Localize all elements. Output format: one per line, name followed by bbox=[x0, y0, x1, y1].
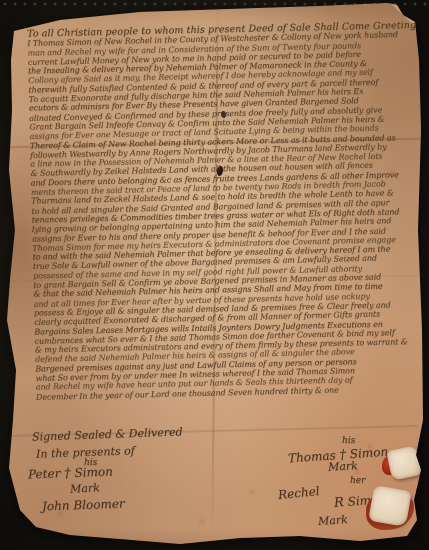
paper-wafer bbox=[368, 485, 412, 527]
witness-first-name: Peter bbox=[28, 466, 61, 481]
deed-body-text: To all Christian people to whom this pre… bbox=[27, 21, 420, 402]
paper-wafer bbox=[386, 445, 422, 481]
wax-seal-upper bbox=[382, 448, 420, 482]
age-stains bbox=[0, 0, 4, 4]
witness-last-name: Simon bbox=[74, 465, 113, 480]
photo-background: To all Christian people to whom this pre… bbox=[0, 0, 429, 550]
signer-mark-label: Mark bbox=[328, 459, 358, 474]
attestation-line: Signed Sealed & Delivered bbox=[32, 425, 183, 443]
signer-mark-label-her: her bbox=[350, 476, 365, 486]
witness-signature-peter-simon: Peter † Simon bbox=[28, 465, 113, 483]
deed-paper: To all Christian people to whom this pre… bbox=[0, 0, 429, 550]
witness-mark-label: Mark bbox=[70, 481, 100, 496]
witness-mark-glyph: † bbox=[64, 466, 71, 481]
signer-mark-label-his: his bbox=[342, 436, 355, 446]
signer-signature-rechel: Rechel bbox=[277, 484, 320, 502]
deed-document: To all Christian people to whom this pre… bbox=[0, 0, 429, 550]
signer-mark-glyph: R bbox=[334, 495, 345, 511]
wax-seal-lower bbox=[366, 486, 416, 530]
signer-mark-label: Mark bbox=[318, 513, 349, 528]
witness-signature-john-bloomer: John Bloomer bbox=[42, 497, 125, 514]
